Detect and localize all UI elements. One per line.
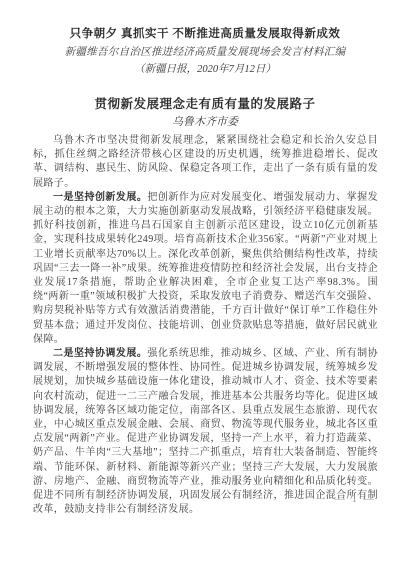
article-title: 贯彻新发展理念走有质有量的发展路子 [0,97,410,112]
paragraph-intro: 乌鲁木齐市坚决贯彻新发展理念，紧紧围绕社会稳定和长治久安总目标，抓住丝绸之路经济… [33,134,378,191]
header-headline: 只争朝夕 真抓实干 不断推进高质量发展取得新成效 [0,27,410,42]
document-header: 只争朝夕 真抓实干 不断推进高质量发展取得新成效 新疆维吾尔自治区推进经济高质量… [0,0,410,77]
paragraph-point-two: 二是坚持协调发展。强化系统思维，推动城乡、区域、产业、所有制协调发展，不断增强发… [33,347,378,517]
page-number: — 1 — [335,494,377,505]
header-subtitle: 新疆维吾尔自治区推进经济高质量发展现场会发言材料汇编 [0,46,410,60]
header-source-date: （新疆日报，2020年7月12日） [0,63,410,77]
paragraph-lead: 二是坚持协调发展。 [53,348,147,359]
article-author: 乌鲁木齐市委 [0,115,410,129]
article-body: 乌鲁木齐市坚决贯彻新发展理念，紧紧围绕社会稳定和长治久安总目标，抓住丝绸之路经济… [33,134,378,517]
paragraph-text: 强化系统思维，推动城乡、区域、产业、所有制协调发展，不断增强发展的整体性、协同性… [33,348,378,515]
paragraph-lead: 一是坚持创新发展。 [53,192,147,203]
document-page: 只争朝夕 真抓实干 不断推进高质量发展取得新成效 新疆维吾尔自治区推进经济高质量… [0,0,410,580]
paragraph-text: 乌鲁木齐市坚决贯彻新发展理念，紧紧围绕社会稳定和长治久安总目标，抓住丝绸之路经济… [33,135,378,189]
paragraph-text: 把创新作为应对发展变化、增强发展动力、掌握发展主动的根本之策，大力实施创新驱动发… [33,192,378,345]
paragraph-point-one: 一是坚持创新发展。把创新作为应对发展变化、增强发展动力、掌握发展主动的根本之策，… [33,191,378,347]
